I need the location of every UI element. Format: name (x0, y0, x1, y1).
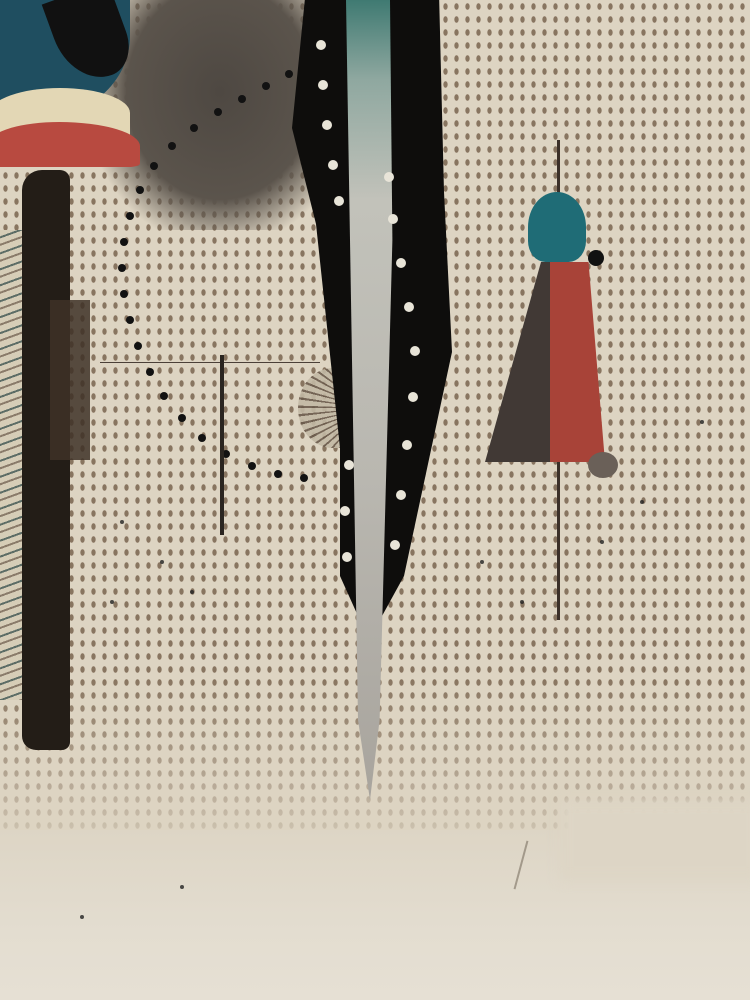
chain-dot (126, 316, 134, 324)
chain-dot (190, 124, 198, 132)
bead (396, 490, 406, 500)
bead (344, 460, 354, 470)
chain-dot (198, 434, 206, 442)
ink-speckle (700, 420, 704, 424)
chain-dot (214, 108, 222, 116)
chain-dot (146, 368, 154, 376)
bead (316, 40, 326, 50)
chain-dot (150, 162, 158, 170)
bead (390, 540, 400, 550)
chain-dot (120, 238, 128, 246)
chain-dot (274, 470, 282, 478)
bead (318, 80, 328, 90)
bead (342, 552, 352, 562)
bead (410, 346, 420, 356)
chain-dot (126, 212, 134, 220)
bead (396, 258, 406, 268)
chain-dot (136, 186, 144, 194)
ink-speckle (640, 500, 644, 504)
bead (404, 302, 414, 312)
figure-teal-head (528, 192, 586, 262)
paper-cutout (560, 800, 750, 880)
chain-dot (300, 474, 308, 482)
chain-dot (118, 264, 126, 272)
chain-dot (285, 70, 293, 78)
ink-speckle (520, 600, 524, 604)
horizontal-line (100, 362, 320, 363)
chain-dot (262, 82, 270, 90)
bead (384, 172, 394, 182)
chain-dot (160, 392, 168, 400)
ink-speckle (80, 915, 84, 919)
chain-dot (134, 342, 142, 350)
figure-grey-foot (588, 452, 618, 478)
ink-speckle (480, 560, 484, 564)
chain-dot (120, 290, 128, 298)
dark-post-shadow (50, 300, 90, 460)
ink-speckle (120, 520, 124, 524)
chain-dot (178, 414, 186, 422)
bead (334, 196, 344, 206)
chain-dot (168, 142, 176, 150)
ink-speckle (110, 600, 114, 604)
ink-speckle (190, 590, 194, 594)
figure-black-dot (588, 250, 604, 266)
chain-dot (248, 462, 256, 470)
bead (328, 160, 338, 170)
dark-post (22, 170, 70, 750)
bead (388, 214, 398, 224)
ink-speckle (600, 540, 604, 544)
artwork-canvas (0, 0, 750, 1000)
bead (402, 440, 412, 450)
bead (322, 120, 332, 130)
ink-speckle (160, 560, 164, 564)
stick-line (220, 355, 224, 535)
ink-speckle (180, 885, 184, 889)
bead (340, 506, 350, 516)
bead (408, 392, 418, 402)
chain-dot (238, 95, 246, 103)
